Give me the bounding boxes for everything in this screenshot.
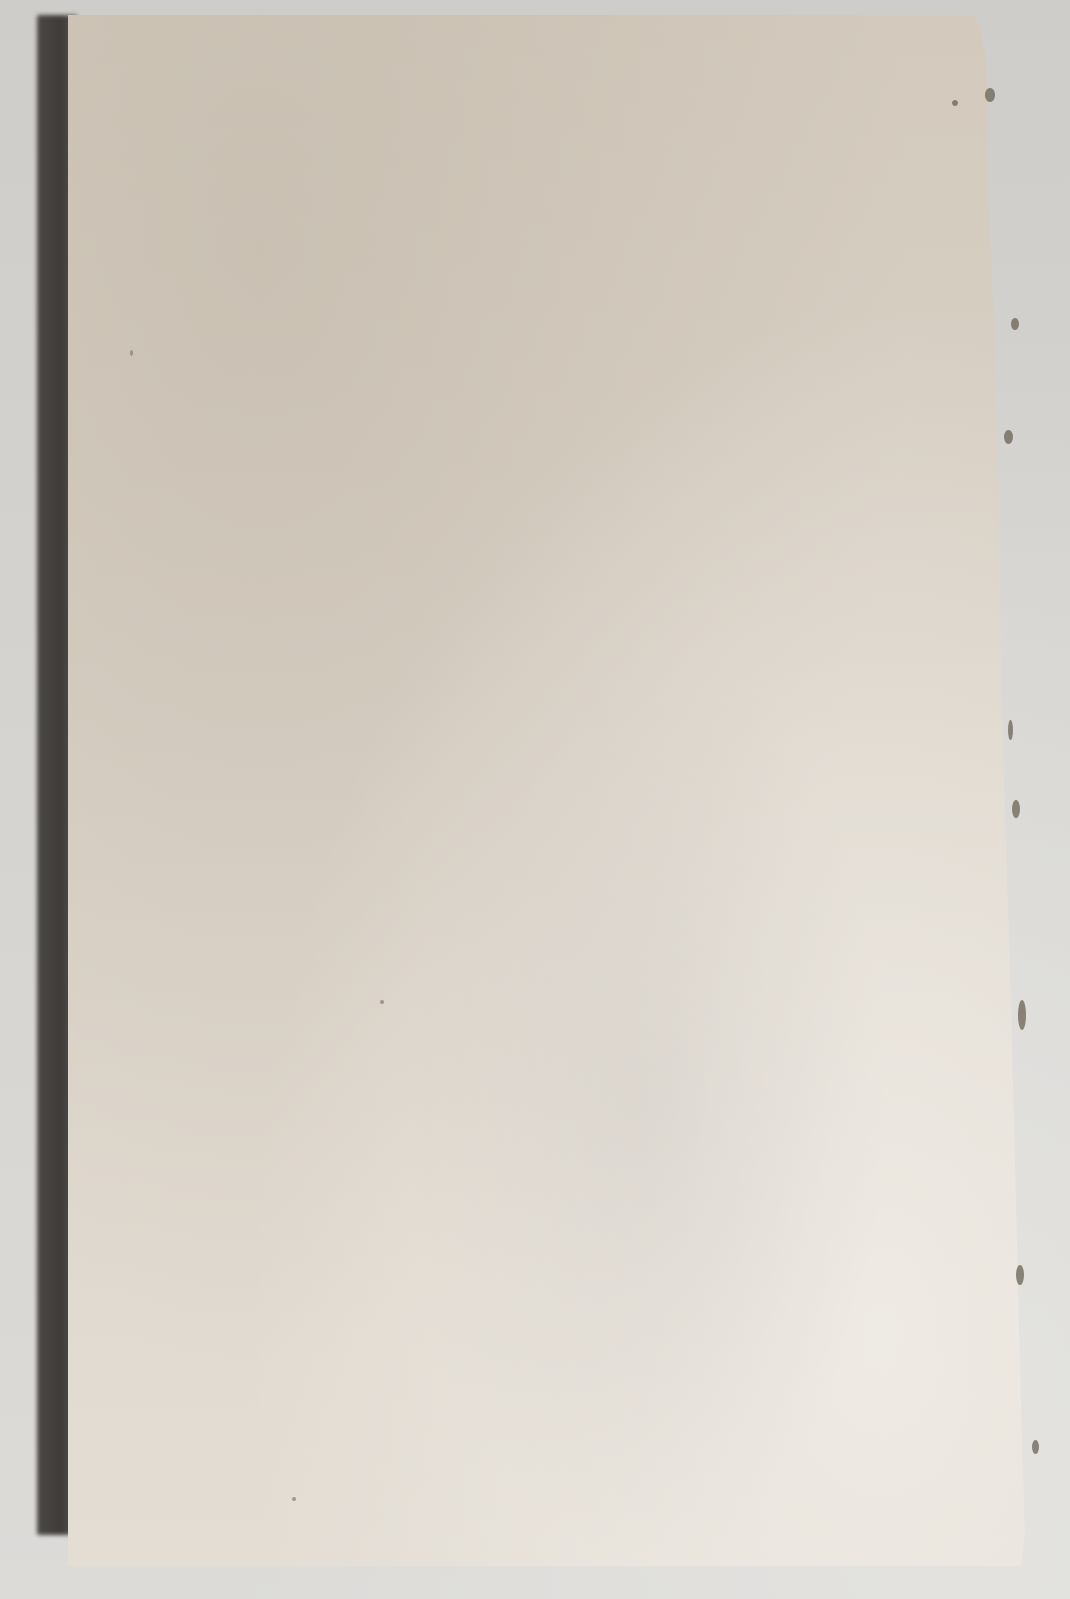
edge-mark (1004, 430, 1013, 444)
edge-mark (1008, 720, 1013, 740)
edge-mark (1032, 1440, 1039, 1454)
edge-mark (1011, 318, 1019, 330)
paper-speck (130, 350, 133, 356)
paper-speck (292, 1497, 296, 1501)
edge-mark (1016, 1265, 1024, 1285)
edge-mark (985, 88, 995, 102)
blank-paper-page (68, 15, 1025, 1566)
edge-mark (952, 100, 958, 106)
paper-speck (380, 1000, 384, 1004)
edge-mark (1018, 1000, 1026, 1030)
edge-mark (1012, 800, 1020, 818)
